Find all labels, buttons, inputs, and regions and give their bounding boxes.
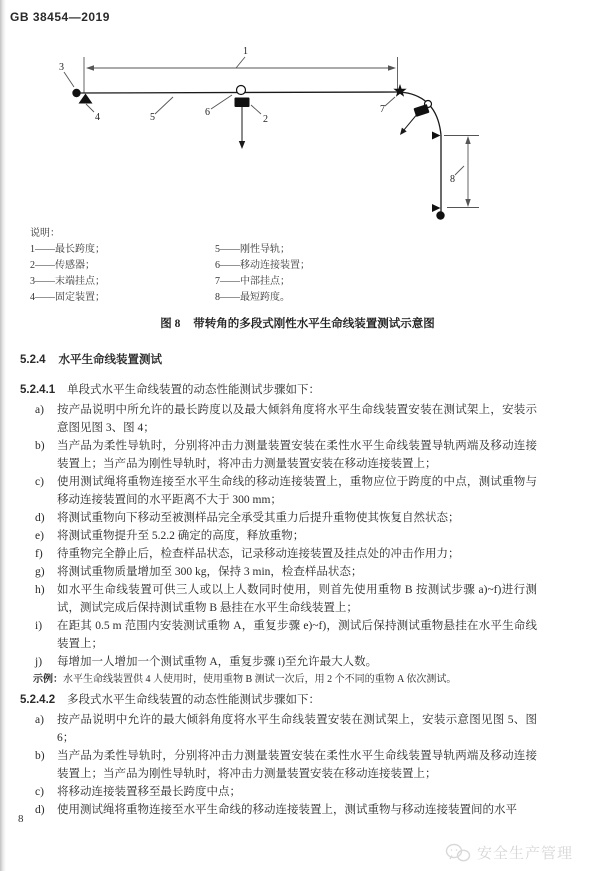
item-letter: f) [35,545,57,563]
item-text: 在距其 0.5 m 范围内安装测试重物 A，重复步骤 e)~f)，测试后保持测试… [57,617,537,653]
list-item-h: h) 如水平生命线装置可供三人或以上人数同时使用，则首先使用重物 B 按测试步骤… [20,581,537,617]
item-letter: c) [35,473,57,509]
body-content: 5.2.4 水平生命线装置测试 5.2.4.1 单段式水平生命线装置的动态性能测… [20,351,537,819]
diagram-label-4: 4 [95,112,100,123]
legend-item: 7——中部挂点； [215,274,310,290]
item-text: 将测试重物提升至 5.2.2 确定的高度，释放重物； [57,527,537,545]
item-text: 每增加一人增加一个测试重物 A，重复步骤 i)至允许最大人数。 [57,653,537,671]
item-text: 将测试重物质量增加至 300 kg，保持 3 min，检查样品状态； [57,563,537,581]
diagram-label-7: 7 [380,104,385,115]
sensor-icon [235,98,250,108]
item-text: 使用测试绳将重物连接至水平生命线的移动连接装置上，重物应位于跨度的中点，测试重物… [57,473,537,509]
figure-legend: 说明： 1——最长跨度； 5——刚性导轨； 2——传感器； 6——移动连接装置；… [30,226,310,306]
item-letter: j) [35,653,57,671]
end-anchor-point-icon [72,89,80,97]
section-title: 水平生命线装置测试 [58,354,162,366]
clause-number: 5.2.4.1 [20,384,55,396]
document-page: GB 38454—2019 1 3 4 5 [0,0,595,871]
list-item-a: a) 按产品说明中所允许的最长跨度以及最大倾斜角度将水平生命线装置安装在测试架上… [20,401,537,437]
list-item-i: i) 在距其 0.5 m 范围内安装测试重物 A，重复步骤 e)~f)，测试后保… [20,617,537,653]
section-5-2-4-heading: 5.2.4 水平生命线装置测试 [20,351,537,369]
item-letter: h) [35,581,57,617]
dimension-shortest-span [444,136,479,208]
clause-number: 5.2.4.2 [20,694,55,706]
section-number: 5.2.4 [20,354,46,366]
list-item-j: j) 每增加一人增加一个测试重物 A，重复步骤 i)至允许最大人数。 [20,653,537,671]
legend-item: 8——最短跨度。 [215,290,310,306]
figure-8-diagram: 1 3 4 5 6 2 [0,0,595,226]
item-letter: g) [35,563,57,581]
item-letter: e) [35,527,57,545]
page-number: 8 [18,813,24,825]
list-item-e: e) 将测试重物提升至 5.2.2 确定的高度，释放重物； [20,527,537,545]
legend-item: 1——最长跨度； [30,242,215,258]
mobile-connector-icon [237,86,246,95]
list-item-f: f) 待重物完全静止后，检查样品状态，记录移动连接装置及挂点处的冲击作用力； [20,545,537,563]
list-item-a2: a) 按产品说明中允许的最大倾斜角度将水平生命线装置安装在测试架上，安装示意图见… [20,711,537,747]
list-item-b: b) 当产品为柔性导轨时，分别将冲击力测量装置安装在柔性水平生命线装置导轨两端及… [20,437,537,473]
item-text: 待重物完全静止后，检查样品状态，记录移动连接装置及挂点处的冲击作用力； [57,545,537,563]
clause-intro: 单段式水平生命线装置的动态性能测试步骤如下： [67,384,320,396]
list-item-g: g) 将测试重物质量增加至 300 kg，保持 3 min，检查样品状态； [20,563,537,581]
item-text: 使用测试绳将重物连接至水平生命线的移动连接装置上，测试重物与移动连接装置间的水平 [57,801,537,819]
figure-caption: 图 8 带转角的多段式刚性水平生命线装置测试示意图 [0,315,595,331]
item-text: 当产品为柔性导轨时，分别将冲击力测量装置安装在柔性水平生命线装置导轨两端及移动连… [57,747,537,783]
rail-bracket-bottom-icon [432,204,441,212]
item-letter: a) [35,711,57,747]
list-item-c2: c) 将移动连接装置移至最长跨度中点； [20,783,537,801]
diagram-label-1: 1 [243,46,248,57]
watermark-text: 安全生产管理 [477,842,573,863]
intermediate-hang-point-icon [393,84,406,97]
item-letter: a) [35,401,57,437]
legend-item: 4——固定装置； [30,290,215,306]
item-text: 按产品说明中所允许的最长跨度以及最大倾斜角度将水平生命线装置安装在测试架上，安装… [57,401,537,437]
figure-caption-label: 图 8 [160,318,180,330]
item-text: 将移动连接装置移至最长跨度中点； [57,783,537,801]
legend-item: 2——传感器； [30,258,215,274]
list-item-b2: b) 当产品为柔性导轨时，分别将冲击力测量装置安装在柔性水平生命线装置导轨两端及… [20,747,537,783]
item-text: 按产品说明中允许的最大倾斜角度将水平生命线装置安装在测试架上，安装示意图见图 5… [57,711,537,747]
item-text: 当产品为柔性导轨时，分别将冲击力测量装置安装在柔性水平生命线装置导轨两端及移动连… [57,437,537,473]
load-arrow [239,107,245,149]
item-letter: c) [35,783,57,801]
legend-item: 6——移动连接装置； [215,258,310,274]
diagram-label-2: 2 [263,114,268,125]
item-letter: b) [35,437,57,473]
clause-5-2-4-2-heading: 5.2.4.2 多段式水平生命线装置的动态性能测试步骤如下： [20,691,537,709]
item-letter: d) [35,801,57,819]
footer-watermark: 安全生产管理 [445,842,573,863]
leader-line-7 [385,97,395,106]
list-item-c: c) 使用测试绳将重物连接至水平生命线的移动连接装置上，重物应位于跨度的中点，测… [20,473,537,509]
list-item-d: d) 将测试重物向下移动至被测样品完全承受其重力后提升重物使其恢复自然状态； [20,509,537,527]
example-label: 示例： [33,674,63,685]
legend-title: 说明： [30,226,310,242]
figure-caption-title: 带转角的多段式刚性水平生命线装置测试示意图 [193,318,435,330]
legend-item: 3——末端挂点； [30,274,215,290]
clause-5-2-4-1-heading: 5.2.4.1 单段式水平生命线装置的动态性能测试步骤如下： [20,381,537,399]
wechat-icon [445,843,471,863]
end-anchor-bottom-icon [436,211,444,219]
item-text: 将测试重物向下移动至被测样品完全承受其重力后提升重物使其恢复自然状态； [57,509,537,527]
diagram-label-6: 6 [205,107,210,118]
diagram-label-8: 8 [450,174,455,185]
load-arrow-2 [400,116,416,136]
rail-bracket-top-icon [432,132,441,140]
example-text: 水平生命线装置供 4 人使用时，使用重物 B 测试一次后，用 2 个不同的重物 … [63,674,456,685]
example-note: 示例：水平生命线装置供 4 人使用时，使用重物 B 测试一次后，用 2 个不同的… [33,673,537,687]
clause-intro: 多段式水平生命线装置的动态性能测试步骤如下： [67,694,320,706]
rigid-rail-line [77,92,441,212]
diagram-label-5: 5 [150,112,155,123]
item-letter: d) [35,509,57,527]
item-letter: i) [35,617,57,653]
fixing-device-icon [79,94,93,104]
sensor-2-icon [413,104,429,117]
diagram-label-3: 3 [59,62,64,73]
legend-item: 5——刚性导轨； [215,242,310,258]
item-letter: b) [35,747,57,783]
list-item-d2: d) 使用测试绳将重物连接至水平生命线的移动连接装置上，测试重物与移动连接装置间… [20,801,537,819]
item-text: 如水平生命线装置可供三人或以上人数同时使用，则首先使用重物 B 按测试步骤 a)… [57,581,537,617]
